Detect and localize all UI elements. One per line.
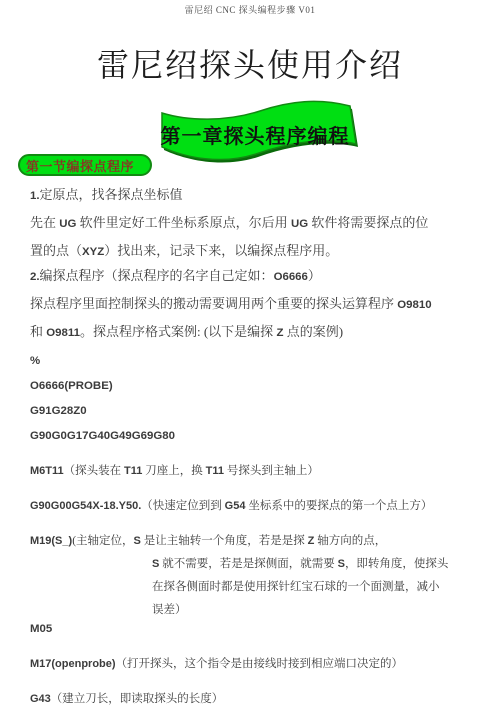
body-text: 在探各侧面时都是使用探针红宝石球的一个面测量，减小 xyxy=(152,581,440,593)
body-text: 是让主轴转一个角度，若是是探 xyxy=(141,535,308,547)
body-text: （快速定位到到 xyxy=(141,500,224,512)
body-text: ） xyxy=(308,268,321,283)
content-lines: 1.定原点，找各探点坐标值先在 UG 软件里定好工件坐标系原点，尔后用 UG 软… xyxy=(30,180,490,708)
body-text: 坐标系中的要探点的第一个点上方） xyxy=(245,500,432,512)
running-header: 雷尼绍 CNC 探头编程步骤 V01 xyxy=(0,3,500,16)
code-text: UG xyxy=(291,218,308,230)
chapter-banner: 第一章探头程序编程 xyxy=(148,98,362,164)
body-text: （打开探头，这个指令是由接线时接到相应端口决定的） xyxy=(116,658,404,670)
code-text: O6666(PROBE) xyxy=(30,380,113,392)
text-line: M6T11（探头装在 T11 刀座上，换 T11 号探头到主轴上） xyxy=(30,460,490,483)
code-text: XYZ xyxy=(82,246,104,258)
text-line: M19(S_)(主轴定位，S 是让主轴转一个角度，若是是探 Z 轴方向的点， xyxy=(30,530,490,553)
body-text: ）找出来，记录下来，以编探点程序用。 xyxy=(104,243,338,258)
code-text: O9811 xyxy=(46,327,80,339)
text-line: G91G28Z0 xyxy=(30,398,490,423)
section-badge: 第一节编探点程序 xyxy=(18,154,152,176)
text-line: S 就不需要，若是是探侧面，就需要 S，即转角度，使探头 xyxy=(152,553,490,576)
body-text: （建立刀长，即读取探头的长度） xyxy=(51,693,224,705)
text-line: M05 xyxy=(30,616,490,641)
text-line: G43（建立刀长，即读取探头的长度） xyxy=(30,688,490,708)
code-text: 2. xyxy=(30,271,40,283)
text-line: % xyxy=(30,348,490,373)
code-text: 1. xyxy=(30,190,40,202)
body-text: 号探头到主轴上） xyxy=(224,465,319,477)
body-text: 定原点，找各探点坐标值 xyxy=(40,187,183,202)
code-text: T11 xyxy=(124,465,142,477)
text-line: 在探各侧面时都是使用探针红宝石球的一个面测量，减小 xyxy=(152,576,490,599)
body-text: 先在 xyxy=(30,215,59,230)
text-line: 探点程序里面控制探头的搬动需要调用两个重要的探头运算程序 O9810 xyxy=(30,292,490,317)
document-title: 雷尼绍探头使用介绍 xyxy=(0,40,500,86)
text-line: O6666(PROBE) xyxy=(30,373,490,398)
code-text: G90G00G54X-18.Y50. xyxy=(30,500,141,512)
text-line: 置的点（XYZ）找出来，记录下来，以编探点程序用。 xyxy=(30,239,490,264)
chapter-title: 第一章探头程序编程 xyxy=(148,106,362,162)
body-text: ，即转角度，使探头 xyxy=(345,558,449,570)
text-line: G90G0G17G40G49G69G80 xyxy=(30,423,490,448)
code-text: M17(openprobe) xyxy=(30,658,116,670)
text-line: 1.定原点，找各探点坐标值 xyxy=(30,183,490,208)
text-line: M17(openprobe)（打开探头，这个指令是由接线时接到相应端口决定的） xyxy=(30,653,490,676)
text-line: 2.编探点程序（探点程序的名字自己定如：O6666） xyxy=(30,264,490,289)
section-title: 第一节编探点程序 xyxy=(26,156,134,175)
code-text: G91G28Z0 xyxy=(30,405,87,417)
body-text: 点的案例) xyxy=(283,324,343,339)
text-line: G90G00G54X-18.Y50.（快速定位到到 G54 坐标系中的要探点的第… xyxy=(30,495,490,518)
body-text: 探点程序里面控制探头的搬动需要调用两个重要的探头运算程序 xyxy=(30,296,397,311)
code-text: G90G0G17G40G49G69G80 xyxy=(30,430,175,442)
body-text: 就不需要，若是是探侧面，就需要 xyxy=(159,558,337,570)
body-text: 和 xyxy=(30,324,46,339)
code-text: S xyxy=(338,558,345,570)
code-text: UG xyxy=(59,218,76,230)
code-text: T11 xyxy=(206,465,224,477)
text-line: 先在 UG 软件里定好工件坐标系原点，尔后用 UG 软件将需要探点的位 xyxy=(30,211,490,236)
body-text: 误差） xyxy=(152,604,187,616)
code-text: M19(S_) xyxy=(30,535,72,547)
body-text: 。探点程序格式案例: (以下是编探 xyxy=(80,324,276,339)
code-text: M6T11 xyxy=(30,465,64,477)
body-text: 软件将需要探点的位 xyxy=(308,215,428,230)
body-text: 编探点程序（探点程序的名字自己定如： xyxy=(40,268,274,283)
code-text: G43 xyxy=(30,693,51,705)
text-line: 和 O9811。探点程序格式案例: (以下是编探 Z 点的案例) xyxy=(30,320,490,345)
code-text: S xyxy=(134,535,141,547)
body-text: 置的点（ xyxy=(30,243,82,258)
code-text: % xyxy=(30,355,40,367)
body-text: 软件里定好工件坐标系原点，尔后用 xyxy=(76,215,291,230)
body-text: 刀座上，换 xyxy=(142,465,205,477)
code-text: M05 xyxy=(30,623,52,635)
code-text: O9810 xyxy=(397,299,431,311)
body-text: （探头装在 xyxy=(64,465,124,477)
code-text: G54 xyxy=(225,500,246,512)
body-text: (主轴定位， xyxy=(72,535,133,547)
body-text: 轴方向的点， xyxy=(314,535,386,547)
code-text: O6666 xyxy=(274,271,308,283)
document-page: 雷尼绍 CNC 探头编程步骤 V01 雷尼绍探头使用介绍 第一章探头程序编程 第… xyxy=(0,0,500,708)
